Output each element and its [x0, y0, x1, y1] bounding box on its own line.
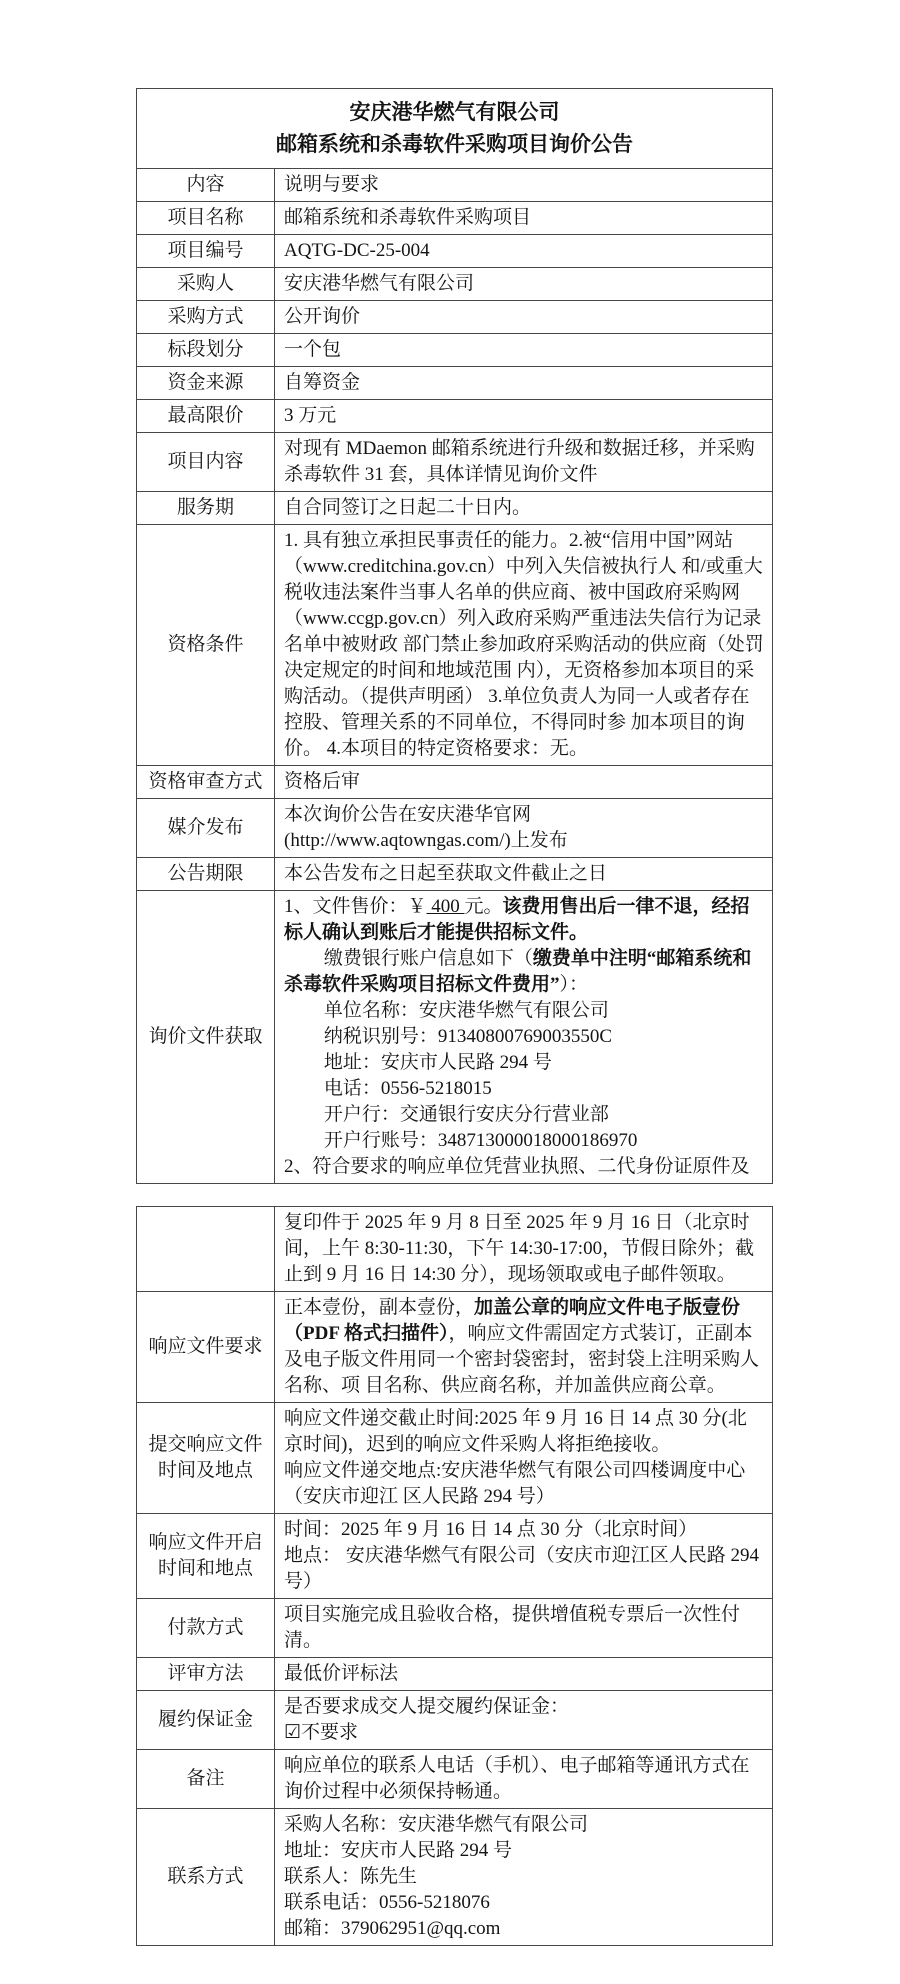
paragraph: 3 万元: [284, 403, 764, 429]
paragraph: 自合同签订之日起二十日内。: [284, 495, 764, 521]
text-run: 地址：安庆市人民路 294 号: [284, 1840, 512, 1861]
row-label: 资格审查方式: [137, 766, 275, 799]
text-run: 对现有 MDaemon 邮箱系统进行升级和数据迁移，并采购杀毒软件 31 套，具…: [284, 438, 755, 485]
announcement-table-page2: 复印件于 2025 年 9 月 8 日至 2025 年 9 月 16 日（北京时…: [136, 1206, 773, 1946]
text-run: 安庆港华燃气有限公司: [284, 273, 474, 294]
row-label: 资金来源: [137, 367, 275, 400]
text-run: 电话：0556-5218015: [324, 1078, 492, 1099]
text-run: ☑不要求: [284, 1722, 358, 1743]
row-content: 是否要求成交人提交履约保证金：☑不要求: [275, 1691, 773, 1750]
row-content: 自筹资金: [275, 367, 773, 400]
table-row: 备注响应单位的联系人电话（手机）、电子邮箱等通讯方式在询价过程中必须保持畅通。: [137, 1750, 773, 1809]
text-run: 邮箱：379062951@qq.com: [284, 1918, 500, 1939]
table-row: 资金来源自筹资金: [137, 367, 773, 400]
row-content: 正本壹份，副本壹份，加盖公章的响应文件电子版壹份（PDF 格式扫描件），响应文件…: [275, 1292, 773, 1403]
paragraph: 时间：2025 年 9 月 16 日 14 点 30 分（北京时间）: [284, 1517, 764, 1543]
text-run: 自合同签订之日起二十日内。: [284, 497, 531, 518]
paragraph: 最低价评标法: [284, 1661, 764, 1687]
text-run: 响应文件递交地点:安庆港华燃气有限公司四楼调度中心（安庆市迎江 区人民路 294…: [284, 1460, 745, 1507]
table-row: 采购人安庆港华燃气有限公司: [137, 268, 773, 301]
table-row: 复印件于 2025 年 9 月 8 日至 2025 年 9 月 16 日（北京时…: [137, 1207, 773, 1292]
paragraph: 是否要求成交人提交履约保证金：: [284, 1694, 764, 1720]
paragraph: 联系人：陈先生: [284, 1864, 764, 1890]
table-row: 询价文件获取1、文件售价：￥ 400 元。该费用售出后一律不退，经招标人确认到账…: [137, 891, 773, 1184]
row-label: 响应文件开启时间和地点: [137, 1514, 275, 1599]
row-content: 说明与要求: [275, 169, 773, 202]
paragraph: 2、符合要求的响应单位凭营业执照、二代身份证原件及: [284, 1154, 764, 1180]
row-label: 最高限价: [137, 400, 275, 433]
row-content: 自合同签订之日起二十日内。: [275, 492, 773, 525]
text-run: 一个包: [284, 339, 341, 360]
text-run: 开户行账号：348713000018000186970: [324, 1130, 638, 1151]
row-content: 3 万元: [275, 400, 773, 433]
row-content: 安庆港华燃气有限公司: [275, 268, 773, 301]
row-content: 时间：2025 年 9 月 16 日 14 点 30 分（北京时间）地点： 安庆…: [275, 1514, 773, 1599]
announcement-document: 安庆港华燃气有限公司邮箱系统和杀毒软件采购项目询价公告内容说明与要求项目名称邮箱…: [136, 88, 773, 1946]
row-content: 1. 具有独立承担民事责任的能力。2.被“信用中国”网站（www.creditc…: [275, 525, 773, 766]
text-run: 联系人：陈先生: [284, 1866, 417, 1887]
text-run: 本次询价公告在安庆港华官网: [284, 804, 531, 825]
paragraph: 响应单位的联系人电话（手机）、电子邮箱等通讯方式在询价过程中必须保持畅通。: [284, 1753, 764, 1805]
table-row: 服务期自合同签订之日起二十日内。: [137, 492, 773, 525]
table-row: 内容说明与要求: [137, 169, 773, 202]
row-label: 公告期限: [137, 858, 275, 891]
text-run: 说明与要求: [284, 174, 379, 195]
row-label: 标段划分: [137, 334, 275, 367]
document-title-line: 安庆港华燃气有限公司: [141, 96, 768, 128]
row-label: 采购方式: [137, 301, 275, 334]
row-label: 联系方式: [137, 1809, 275, 1946]
paragraph: 1、文件售价：￥ 400 元。该费用售出后一律不退，经招标人确认到账后才能提供招…: [284, 894, 764, 946]
text-run: 最低价评标法: [284, 1663, 398, 1684]
document-title: 安庆港华燃气有限公司邮箱系统和杀毒软件采购项目询价公告: [137, 89, 773, 169]
text-run: 邮箱系统和杀毒软件采购项目: [284, 207, 531, 228]
text-run: 资格后审: [284, 771, 360, 792]
announcement-table-page1: 安庆港华燃气有限公司邮箱系统和杀毒软件采购项目询价公告内容说明与要求项目名称邮箱…: [136, 88, 773, 1184]
text-run: 地址：安庆市人民路 294 号: [324, 1052, 552, 1073]
table-row: 最高限价3 万元: [137, 400, 773, 433]
row-label: 项目编号: [137, 235, 275, 268]
paragraph: 地址：安庆市人民路 294 号: [284, 1838, 764, 1864]
row-label: [137, 1207, 275, 1292]
row-label: 备注: [137, 1750, 275, 1809]
text-run: 缴费银行账户信息如下（: [324, 948, 533, 969]
text-run: 响应文件递交截止时间:2025 年 9 月 16 日 14 点 30 分(北京时…: [284, 1408, 747, 1455]
row-label: 响应文件要求: [137, 1292, 275, 1403]
row-label: 评审方法: [137, 1658, 275, 1691]
table-row: 提交响应文件时间及地点响应文件递交截止时间:2025 年 9 月 16 日 14…: [137, 1403, 773, 1514]
table-row: 响应文件要求正本壹份，副本壹份，加盖公章的响应文件电子版壹份（PDF 格式扫描件…: [137, 1292, 773, 1403]
paragraph: 响应文件递交地点:安庆港华燃气有限公司四楼调度中心（安庆市迎江 区人民路 294…: [284, 1458, 764, 1510]
paragraph: ☑不要求: [284, 1720, 764, 1746]
paragraph: 邮箱：379062951@qq.com: [284, 1916, 764, 1942]
text-run: 响应单位的联系人电话（手机）、电子邮箱等通讯方式在询价过程中必须保持畅通。: [284, 1755, 750, 1802]
text-run: 采购人名称：安庆港华燃气有限公司: [284, 1814, 588, 1835]
row-label: 项目内容: [137, 433, 275, 492]
table-row: 响应文件开启时间和地点时间：2025 年 9 月 16 日 14 点 30 分（…: [137, 1514, 773, 1599]
row-content: AQTG-DC-25-004: [275, 235, 773, 268]
row-label: 项目名称: [137, 202, 275, 235]
paragraph: 说明与要求: [284, 172, 764, 198]
text-run: 公开询价: [284, 306, 360, 327]
text-run: 元。: [465, 896, 503, 917]
row-content: 响应单位的联系人电话（手机）、电子邮箱等通讯方式在询价过程中必须保持畅通。: [275, 1750, 773, 1809]
row-content: 对现有 MDaemon 邮箱系统进行升级和数据迁移，并采购杀毒软件 31 套，具…: [275, 433, 773, 492]
paragraph: 对现有 MDaemon 邮箱系统进行升级和数据迁移，并采购杀毒软件 31 套，具…: [284, 436, 764, 488]
row-content: 采购人名称：安庆港华燃气有限公司地址：安庆市人民路 294 号联系人：陈先生联系…: [275, 1809, 773, 1946]
row-content: 公开询价: [275, 301, 773, 334]
table-row: 项目内容对现有 MDaemon 邮箱系统进行升级和数据迁移，并采购杀毒软件 31…: [137, 433, 773, 492]
table-row: 评审方法最低价评标法: [137, 1658, 773, 1691]
row-content: 本次询价公告在安庆港华官网(http://www.aqtowngas.com/)…: [275, 799, 773, 858]
text-run: 3 万元: [284, 405, 336, 426]
row-label: 履约保证金: [137, 1691, 275, 1750]
paragraph: 电话：0556-5218015: [284, 1076, 764, 1102]
row-label: 提交响应文件时间及地点: [137, 1403, 275, 1514]
text-run: 单位名称：安庆港华燃气有限公司: [324, 1000, 609, 1021]
table-row: 联系方式采购人名称：安庆港华燃气有限公司地址：安庆市人民路 294 号联系人：陈…: [137, 1809, 773, 1946]
row-content: 项目实施完成且验收合格，提供增值税专票后一次性付清。: [275, 1599, 773, 1658]
paragraph: 本公告发布之日起至获取文件截止之日: [284, 861, 764, 887]
row-content: 响应文件递交截止时间:2025 年 9 月 16 日 14 点 30 分(北京时…: [275, 1403, 773, 1514]
text-run: 400: [427, 896, 465, 917]
table-row: 履约保证金是否要求成交人提交履约保证金：☑不要求: [137, 1691, 773, 1750]
text-run: 是否要求成交人提交履约保证金：: [284, 1696, 569, 1717]
table-row: 资格审查方式资格后审: [137, 766, 773, 799]
row-content: 一个包: [275, 334, 773, 367]
text-run: 自筹资金: [284, 372, 360, 393]
table-row: 采购方式公开询价: [137, 301, 773, 334]
text-run: 地点： 安庆港华燃气有限公司（安庆市迎江区人民路 294 号）: [284, 1545, 759, 1592]
paragraph: 地点： 安庆港华燃气有限公司（安庆市迎江区人民路 294 号）: [284, 1543, 764, 1595]
paragraph: 单位名称：安庆港华燃气有限公司: [284, 998, 764, 1024]
paragraph: 开户行：交通银行安庆分行营业部: [284, 1102, 764, 1128]
row-label: 采购人: [137, 268, 275, 301]
table-row: 付款方式项目实施完成且验收合格，提供增值税专票后一次性付清。: [137, 1599, 773, 1658]
paragraph: AQTG-DC-25-004: [284, 238, 764, 264]
paragraph: 自筹资金: [284, 370, 764, 396]
paragraph: 联系电话：0556-5218076: [284, 1890, 764, 1916]
row-content: 1、文件售价：￥ 400 元。该费用售出后一律不退，经招标人确认到账后才能提供招…: [275, 891, 773, 1184]
row-label: 付款方式: [137, 1599, 275, 1658]
paragraph: 采购人名称：安庆港华燃气有限公司: [284, 1812, 764, 1838]
paragraph: 项目实施完成且验收合格，提供增值税专票后一次性付清。: [284, 1602, 764, 1654]
paragraph: 1. 具有独立承担民事责任的能力。2.被“信用中国”网站（www.creditc…: [284, 528, 764, 762]
paragraph: 响应文件递交截止时间:2025 年 9 月 16 日 14 点 30 分(北京时…: [284, 1406, 764, 1458]
paragraph: 本次询价公告在安庆港华官网: [284, 802, 764, 828]
title-row: 安庆港华燃气有限公司邮箱系统和杀毒软件采购项目询价公告: [137, 89, 773, 169]
paragraph: 公开询价: [284, 304, 764, 330]
text-run: (http://www.aqtowngas.com/)上发布: [284, 830, 568, 851]
document-title-line: 邮箱系统和杀毒软件采购项目询价公告: [141, 128, 768, 160]
row-label: 询价文件获取: [137, 891, 275, 1184]
table-row: 公告期限本公告发布之日起至获取文件截止之日: [137, 858, 773, 891]
row-label: 媒介发布: [137, 799, 275, 858]
table-row: 标段划分一个包: [137, 334, 773, 367]
paragraph: 资格后审: [284, 769, 764, 795]
paragraph: 复印件于 2025 年 9 月 8 日至 2025 年 9 月 16 日（北京时…: [284, 1210, 764, 1288]
table-row: 资格条件1. 具有独立承担民事责任的能力。2.被“信用中国”网站（www.cre…: [137, 525, 773, 766]
row-content: 最低价评标法: [275, 1658, 773, 1691]
text-run: 1、文件售价：￥: [284, 896, 427, 917]
text-run: ）：: [560, 974, 589, 995]
row-label: 资格条件: [137, 525, 275, 766]
row-content: 资格后审: [275, 766, 773, 799]
paragraph: (http://www.aqtowngas.com/)上发布: [284, 828, 764, 854]
row-label: 服务期: [137, 492, 275, 525]
text-run: 时间：2025 年 9 月 16 日 14 点 30 分（北京时间）: [284, 1519, 697, 1540]
text-run: 正本壹份，副本壹份，: [284, 1297, 474, 1318]
row-content: 本公告发布之日起至获取文件截止之日: [275, 858, 773, 891]
paragraph: 开户行账号：348713000018000186970: [284, 1128, 764, 1154]
text-run: 联系电话：0556-5218076: [284, 1892, 490, 1913]
text-run: 复印件于 2025 年 9 月 8 日至 2025 年 9 月 16 日（北京时…: [284, 1212, 754, 1285]
text-run: AQTG-DC-25-004: [284, 240, 430, 261]
text-run: 项目实施完成且验收合格，提供增值税专票后一次性付清。: [284, 1604, 740, 1651]
paragraph: 正本壹份，副本壹份，加盖公章的响应文件电子版壹份（PDF 格式扫描件），响应文件…: [284, 1295, 764, 1399]
paragraph: 一个包: [284, 337, 764, 363]
paragraph: 邮箱系统和杀毒软件采购项目: [284, 205, 764, 231]
text-run: 1. 具有独立承担民事责任的能力。2.被“信用中国”网站（www.creditc…: [284, 530, 764, 759]
table-row: 媒介发布本次询价公告在安庆港华官网(http://www.aqtowngas.c…: [137, 799, 773, 858]
paragraph: 地址：安庆市人民路 294 号: [284, 1050, 764, 1076]
text-run: 2、符合要求的响应单位凭营业执照、二代身份证原件及: [284, 1156, 750, 1177]
row-content: 复印件于 2025 年 9 月 8 日至 2025 年 9 月 16 日（北京时…: [275, 1207, 773, 1292]
row-label: 内容: [137, 169, 275, 202]
row-content: 邮箱系统和杀毒软件采购项目: [275, 202, 773, 235]
paragraph: 纳税识别号：91340800769003550C: [284, 1024, 764, 1050]
table-row: 项目编号AQTG-DC-25-004: [137, 235, 773, 268]
text-run: 本公告发布之日起至获取文件截止之日: [284, 863, 607, 884]
text-run: 开户行：交通银行安庆分行营业部: [324, 1104, 609, 1125]
paragraph: 安庆港华燃气有限公司: [284, 271, 764, 297]
text-run: 纳税识别号：91340800769003550C: [324, 1026, 612, 1047]
table-row: 项目名称邮箱系统和杀毒软件采购项目: [137, 202, 773, 235]
paragraph: 缴费银行账户信息如下（缴费单中注明“邮箱系统和杀毒软件采购项目招标文件费用”）：: [284, 946, 764, 998]
